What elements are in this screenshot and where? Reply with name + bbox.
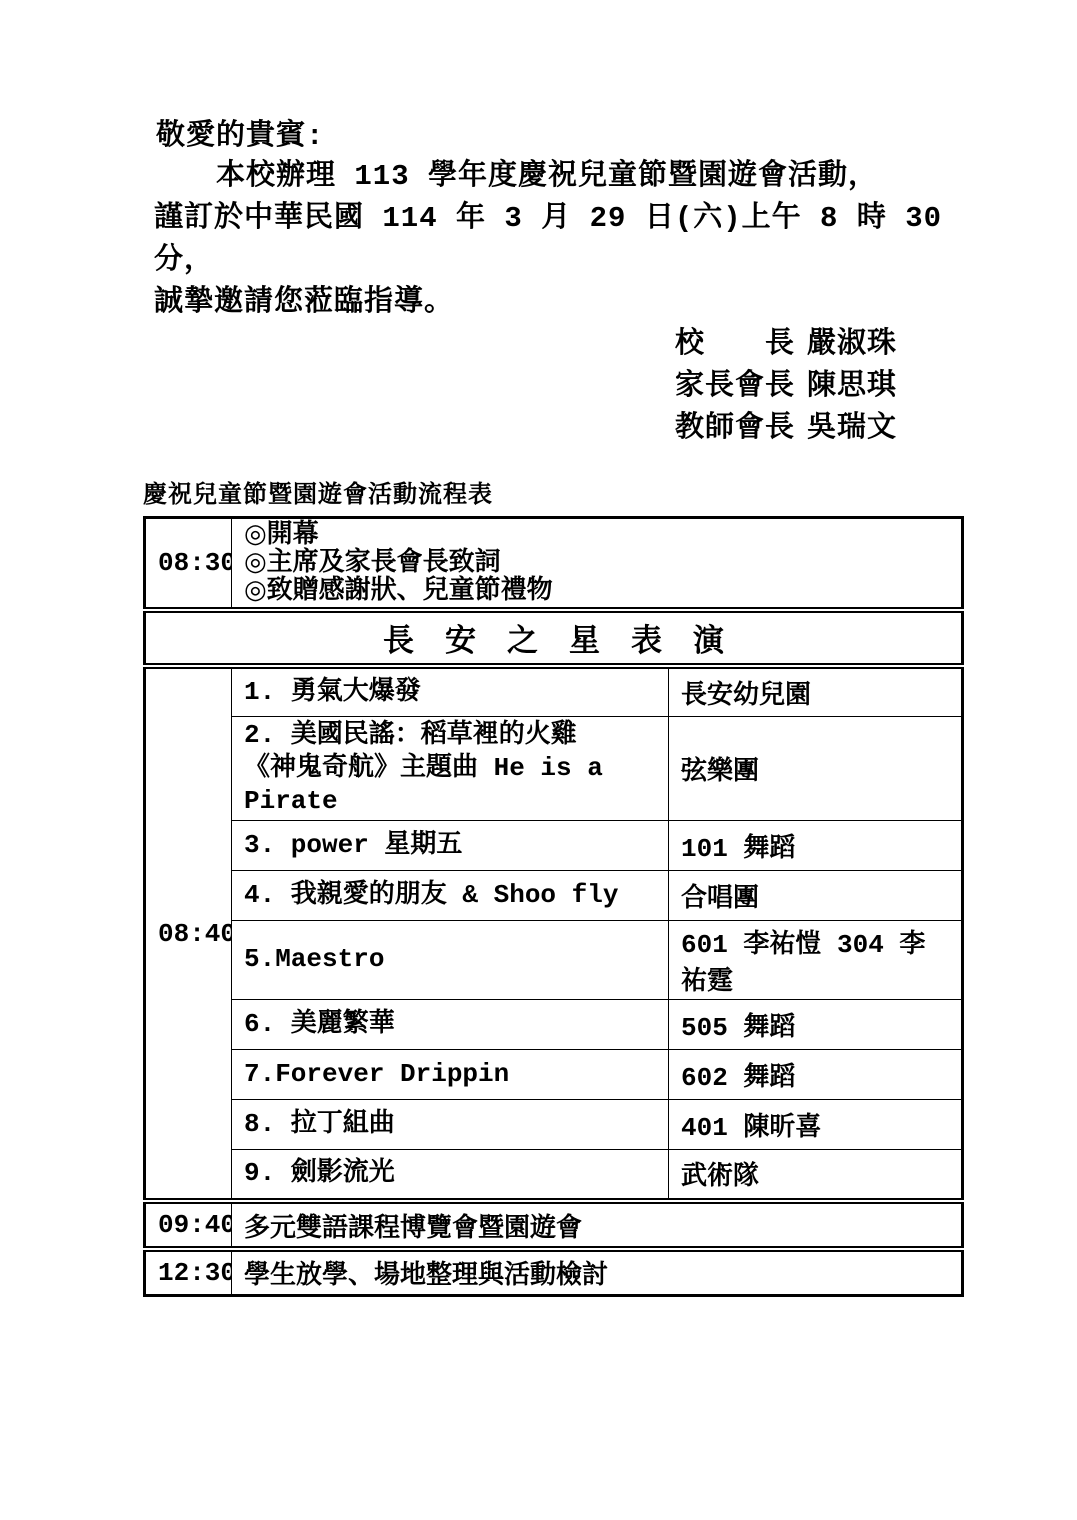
time-cell: 12:30 [145,1249,232,1295]
time-cell: 08:40 [145,666,232,1201]
performer-cell: 601 李祐愷 304 李祐霆 [669,920,963,999]
signature-name: 陳思琪 [807,370,897,403]
document-page: 敬愛的貴賓: 本校辦理 113 學年度慶祝兒童節暨園遊會活動， 謹訂於中華民國 … [0,0,1077,1520]
signature-title: 教師會長 [675,412,795,445]
performer-cell: 長安幼兒園 [669,666,963,716]
performer-cell: 401 陳昕喜 [669,1099,963,1149]
signature-line-teacher-chair: 教師會長吳瑞文 [675,408,897,450]
performance-name-cell: 5.Maestro [232,920,669,999]
performance-name-cell: 4. 我親愛的朋友 & Shoo fly [232,870,669,920]
opening-item: ◎致贈感謝狀、兒童節禮物 [244,577,949,605]
letter-body-line: 本校辦理 113 學年度慶祝兒童節暨園遊會活動， [154,156,984,198]
opening-row: 08:30 ◎開幕 ◎主席及家長會長致詞 ◎致贈感謝狀、兒童節禮物 [145,518,963,611]
letter-greeting: 敬愛的貴賓: [156,112,324,153]
opening-item: ◎開幕 [244,521,949,549]
performance-row: 08:40 1. 勇氣大爆發 長安幼兒園 [145,666,963,716]
performance-name-cell: 3. power 星期五 [232,820,669,870]
section-header-cell: 長 安 之 星 表 演 [145,610,963,666]
performance-row: 8. 拉丁組曲 401 陳昕喜 [145,1099,963,1149]
opening-items-cell: ◎開幕 ◎主席及家長會長致詞 ◎致贈感謝狀、兒童節禮物 [232,518,963,611]
performance-name-cell: 2. 美國民謠：稻草裡的火雞 《神鬼奇航》主題曲 He is a Pirate [232,716,669,820]
event-cell: 多元雙語課程博覽會暨園遊會 [232,1201,963,1249]
time-cell: 09:40 [145,1201,232,1249]
performance-name-cell: 7.Forever Drippin [232,1049,669,1099]
letter-body: 本校辦理 113 學年度慶祝兒童節暨園遊會活動， 謹訂於中華民國 114 年 3… [154,156,984,324]
performer-cell: 武術隊 [669,1149,963,1201]
section-header-row: 長 安 之 星 表 演 [145,610,963,666]
schedule-title: 慶祝兒童節暨園遊會活動流程表 [143,474,493,510]
performance-name-cell: 6. 美麗繁華 [232,999,669,1049]
opening-item: ◎主席及家長會長致詞 [244,549,949,577]
performance-row: 7.Forever Drippin 602 舞蹈 [145,1049,963,1099]
signature-title: 家長會長 [675,370,795,403]
signature-block: 校 長嚴淑珠 家長會長陳思琪 教師會長吳瑞文 [675,324,897,450]
performer-cell: 505 舞蹈 [669,999,963,1049]
event-cell: 學生放學、場地整理與活動檢討 [232,1249,963,1295]
letter-body-line: 謹訂於中華民國 114 年 3 月 29 日(六)上午 8 時 30 分， [154,198,984,282]
performance-row: 6. 美麗繁華 505 舞蹈 [145,999,963,1049]
performance-row: 9. 劍影流光 武術隊 [145,1149,963,1201]
time-cell: 08:30 [145,518,232,611]
performance-row: 4. 我親愛的朋友 & Shoo fly 合唱團 [145,870,963,920]
signature-line-parent-chair: 家長會長陳思琪 [675,366,897,408]
signature-title: 校 長 [675,328,795,361]
performer-cell: 602 舞蹈 [669,1049,963,1099]
performance-row: 3. power 星期五 101 舞蹈 [145,820,963,870]
signature-name: 吳瑞文 [807,412,897,445]
performance-name-cell: 1. 勇氣大爆發 [232,666,669,716]
closing-row: 09:40 多元雙語課程博覽會暨園遊會 [145,1201,963,1249]
performer-cell: 弦樂團 [669,716,963,820]
performance-name-cell: 8. 拉丁組曲 [232,1099,669,1149]
performance-name-cell: 9. 劍影流光 [232,1149,669,1201]
performance-row: 2. 美國民謠：稻草裡的火雞 《神鬼奇航》主題曲 He is a Pirate … [145,716,963,820]
signature-line-principal: 校 長嚴淑珠 [675,324,897,366]
closing-row: 12:30 學生放學、場地整理與活動檢討 [145,1249,963,1295]
performer-cell: 合唱團 [669,870,963,920]
letter-body-line: 誠摯邀請您蒞臨指導。 [154,282,984,324]
schedule-table: 08:30 ◎開幕 ◎主席及家長會長致詞 ◎致贈感謝狀、兒童節禮物 長 安 之 … [143,516,964,1297]
signature-name: 嚴淑珠 [807,328,897,361]
performance-row: 5.Maestro 601 李祐愷 304 李祐霆 [145,920,963,999]
performer-cell: 101 舞蹈 [669,820,963,870]
